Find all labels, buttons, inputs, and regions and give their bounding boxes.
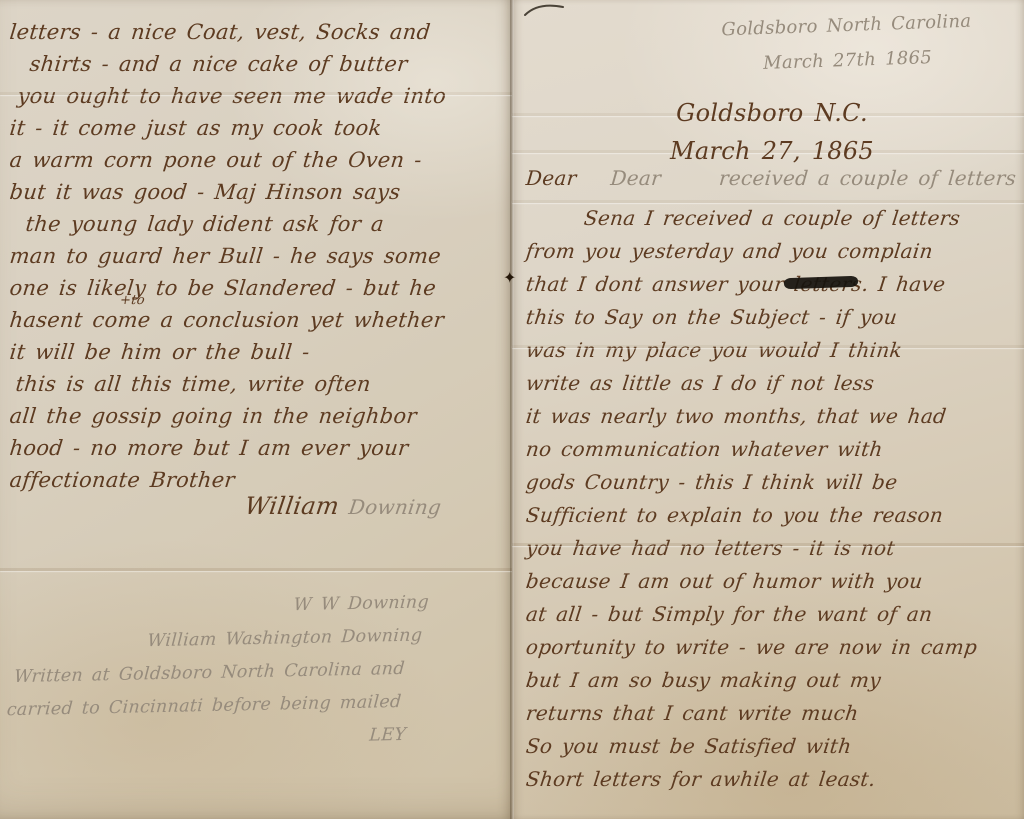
letter-line: returns that I cant write much (524, 697, 1024, 730)
signature-line: WilliamDowning (243, 492, 443, 520)
letter-line: hasent come a conclusion yet whether (8, 304, 513, 336)
letter-line: Sena I received a couple of letters (524, 202, 1024, 235)
letter-line: you have had no letters - it is not (524, 532, 1024, 565)
fold-crease (512, 345, 1024, 348)
letter-line: one is likely to be Slandered - but he (8, 272, 513, 304)
letter-line: that I dont answer your letters. I have (524, 268, 1024, 301)
fold-crease (512, 543, 1024, 546)
letter-line: letters - a nice Coat, vest, Socks and (8, 16, 513, 48)
fold-crease (0, 568, 512, 571)
letter-line: this to Say on the Subject - if you (524, 301, 1024, 334)
signature-ink: William (243, 492, 341, 520)
letter-line: no communication whatever with (524, 433, 1024, 466)
letter-line: write as little as I do if not less (524, 367, 1024, 400)
letter-photograph: { "document": { "kind": "handwritten let… (0, 0, 1024, 819)
letter-line: you ought to have seen me wade into (8, 80, 513, 112)
ink-dateline: Goldsboro N.C. March 27, 1865 (602, 94, 942, 170)
salutation-pencil-rest: received a couple of letters (718, 166, 1017, 190)
ink-dateline-date: March 27, 1865 (602, 132, 942, 170)
letter-line: but it was good - Maj Hinson says (8, 176, 513, 208)
letter-line: gods Country - this I think will be (524, 466, 1024, 499)
letter-line: was in my place you would I think (524, 334, 1024, 367)
letter-line: So you must be Satisfied with (524, 730, 1024, 763)
pencil-annotations: W W Downing William Washington Downing W… (0, 585, 514, 761)
letter-line: this is all this time, write often (8, 368, 513, 400)
letter-line: the young lady dident ask for a (8, 208, 513, 240)
fold-crease (0, 92, 512, 95)
letter-line: a warm corn pone out of the Oven - (8, 144, 513, 176)
page-seam (510, 0, 514, 819)
letter-line: man to guard her Bull - he says some (8, 240, 513, 272)
signature-pencil: Downing (347, 495, 443, 519)
letter-line: it - it come just as my cook took (8, 112, 513, 144)
letter-line: all the gossip going in the neighbor (8, 400, 513, 432)
letter-line: Short letters for awhile at least. (524, 763, 1024, 796)
left-letter-page: letters - a nice Coat, vest, Socks and s… (0, 0, 512, 819)
pencil-check-mark (522, 0, 566, 24)
salutation-ink: Dear (525, 166, 578, 190)
letter-line: Sufficient to explain to you the reason (524, 499, 1024, 532)
pin-mark-icon: ✦ (503, 268, 516, 287)
caret-insertion-text: +to (119, 293, 146, 308)
right-page-body-text: Sena I received a couple of letters from… (524, 202, 1024, 796)
letter-line: at all - but Simply for the want of an (524, 598, 1024, 631)
salutation-line: DearDearreceived a couple of letters (525, 166, 1017, 190)
letter-line: oportunity to write - we are now in camp (524, 631, 1024, 664)
letter-line: but I am so busy making out my (524, 664, 1024, 697)
letter-line: it will be him or the bull - (8, 336, 513, 368)
pencil-dateline: Goldsboro North Carolina March 27th 1865 (681, 2, 1013, 83)
left-page-body-text: letters - a nice Coat, vest, Socks and s… (8, 16, 510, 496)
letter-line: from you yesterday and you complain (524, 235, 1024, 268)
letter-line: hood - no more but I am ever your (8, 432, 513, 464)
right-letter-page: Goldsboro North Carolina March 27th 1865… (512, 0, 1024, 819)
salutation-pencil-trace: Dear (610, 166, 663, 190)
letter-line: because I am out of humor with you (524, 565, 1024, 598)
ink-dateline-place: Goldsboro N.C. (602, 94, 942, 132)
letter-line: shirts - and a nice cake of butter (8, 48, 513, 80)
letter-line: it was nearly two months, that we had (524, 400, 1024, 433)
